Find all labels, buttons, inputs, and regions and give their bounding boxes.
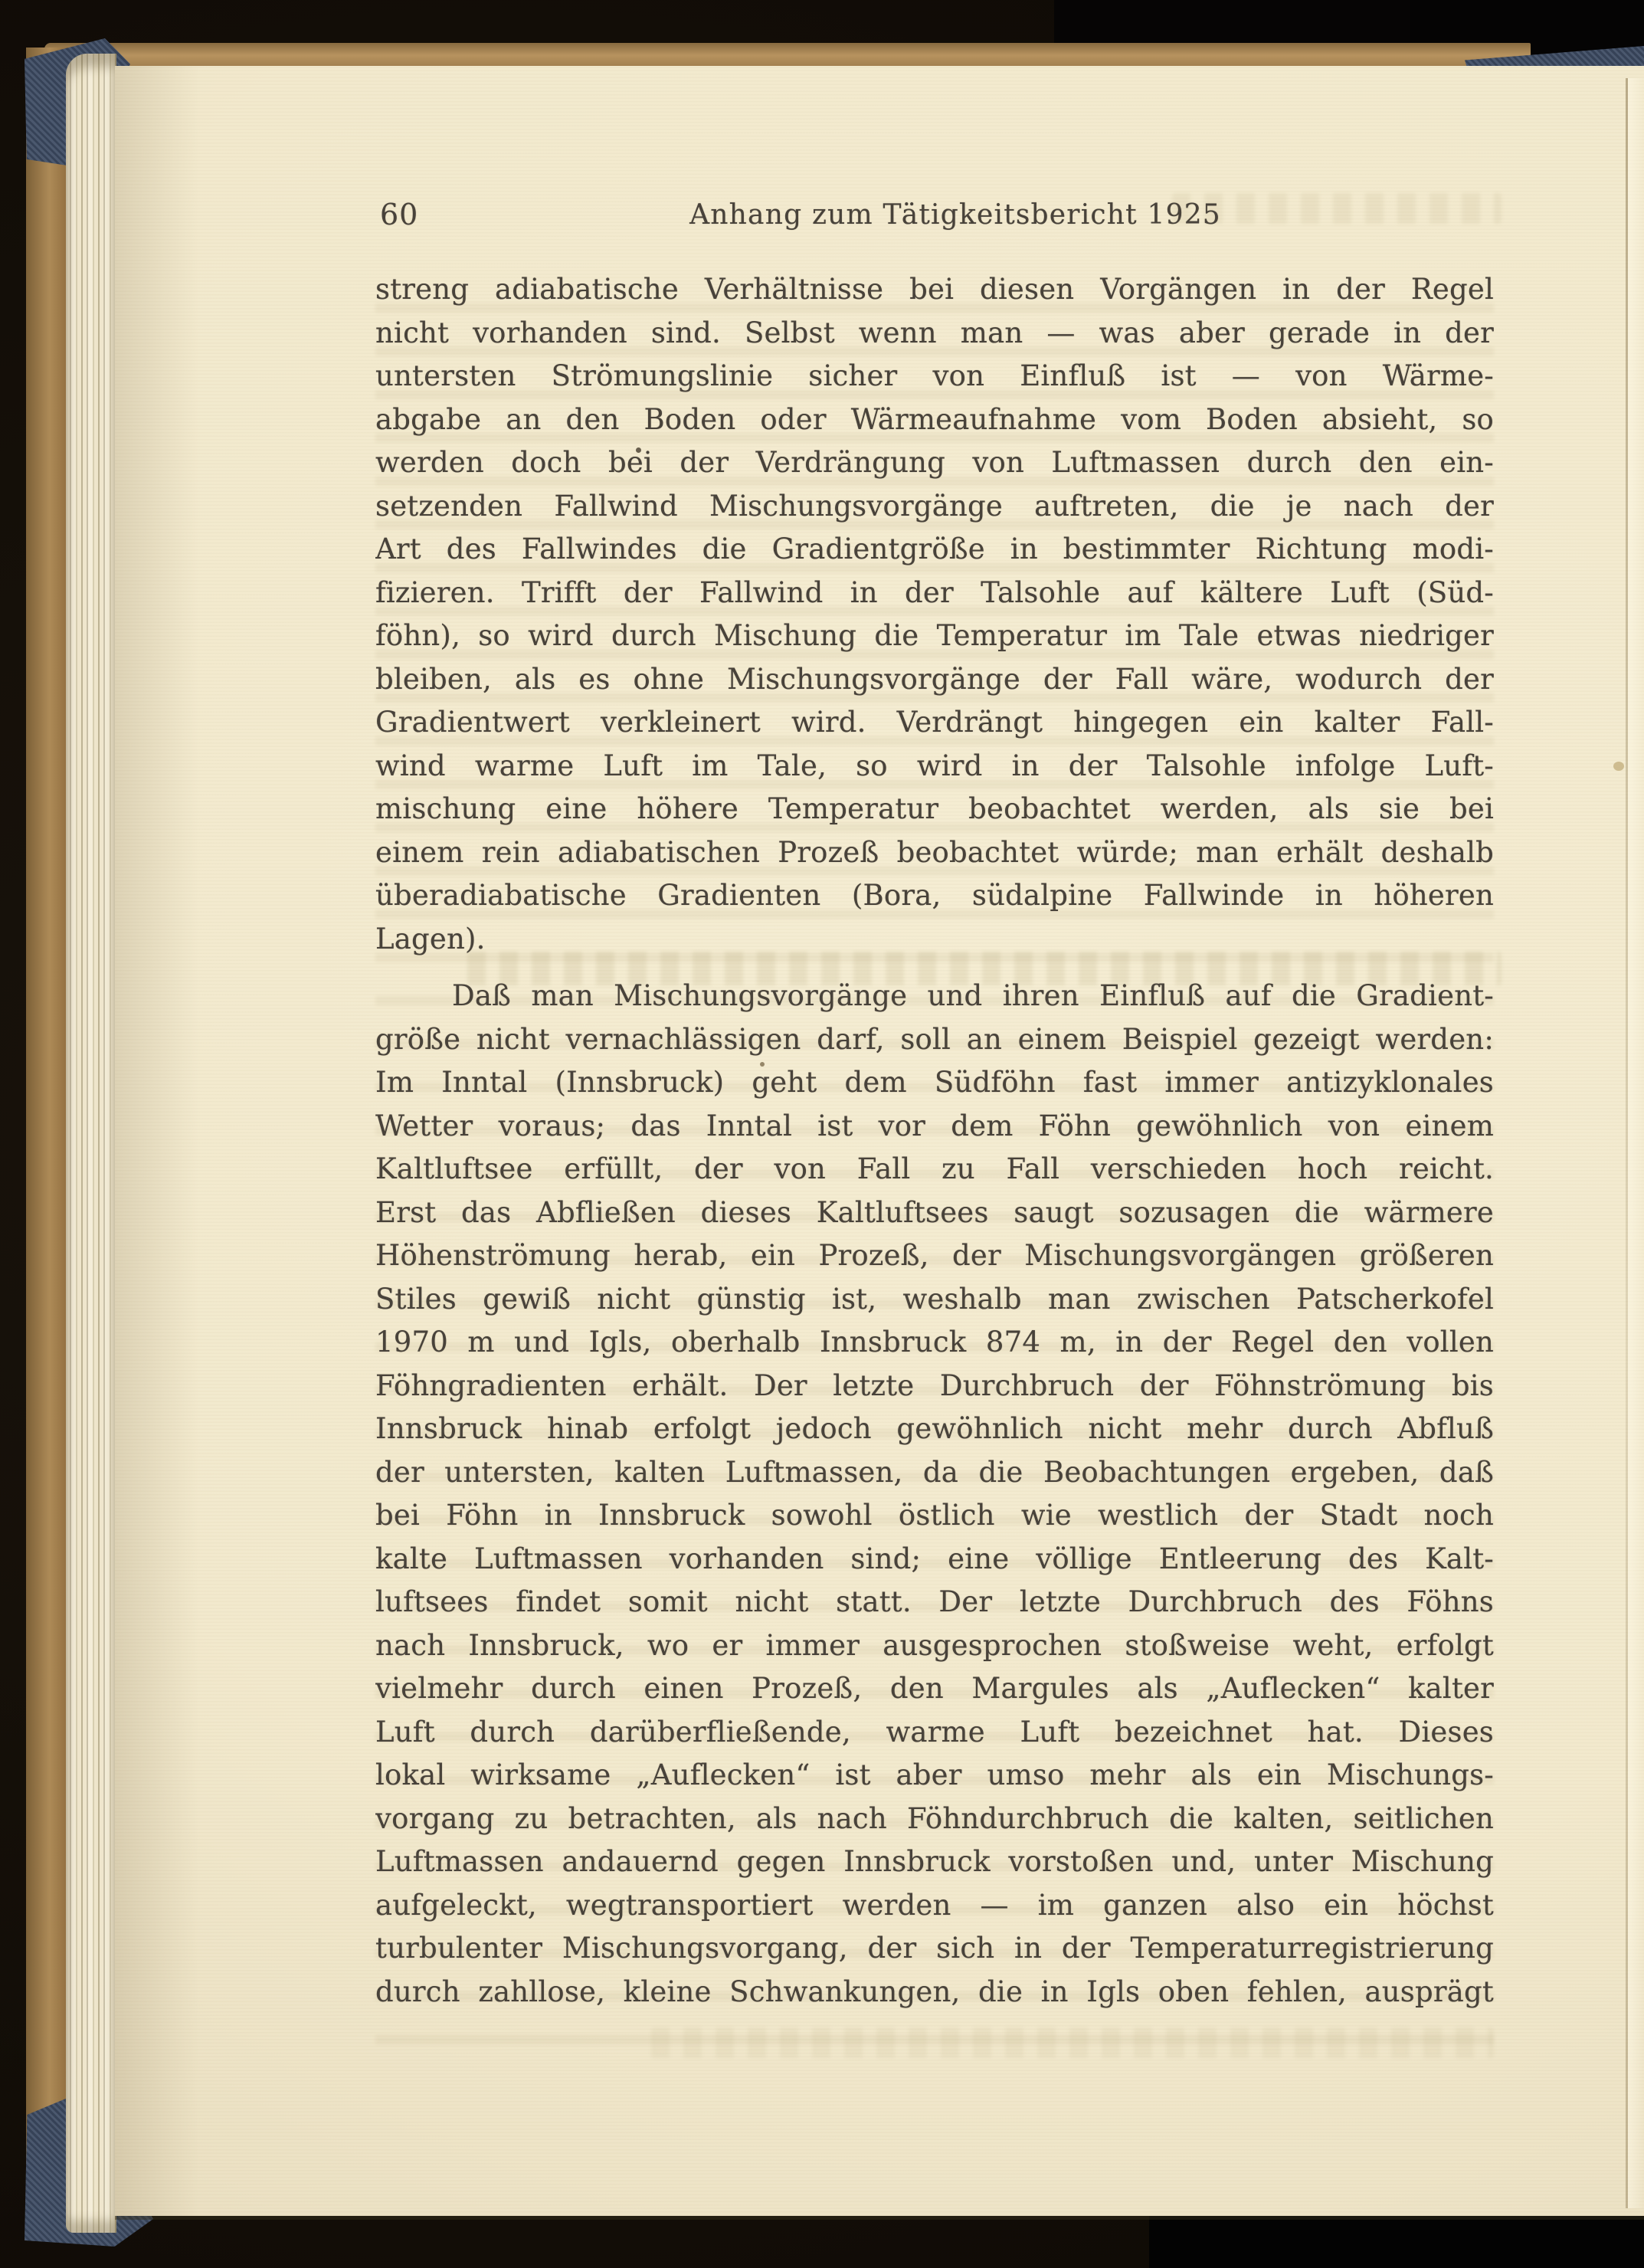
text-line: Wetter voraus; das Inntal ist vor dem Fö… xyxy=(375,1105,1494,1149)
text-line: vorgang zu betrachten, als nach Föhndurc… xyxy=(375,1798,1494,1841)
paper-speck xyxy=(1613,762,1624,771)
background-shadow-bottom-right xyxy=(1149,2207,1644,2268)
text-line: Daß man Mischungsvorgänge und ihren Einf… xyxy=(375,975,1494,1018)
text-line: Lagen). xyxy=(375,918,1494,962)
stacked-page-edges xyxy=(66,54,116,2233)
text-line: fizieren. Trifft der Fallwind in der Tal… xyxy=(375,572,1494,615)
text-line: streng adiabatische Verhältnisse bei die… xyxy=(375,268,1494,312)
text-line: Föhngradienten erhält. Der letzte Durchb… xyxy=(375,1365,1494,1408)
body-text: streng adiabatische Verhältnisse bei die… xyxy=(375,268,1494,2014)
text-line: Stiles gewiß nicht günstig ist, weshalb … xyxy=(375,1278,1494,1322)
text-line: durch zahllose, kleine Schwankungen, die… xyxy=(375,1971,1494,2014)
text-line: Art des Fallwindes die Gradientgröße in … xyxy=(375,528,1494,572)
text-line: werden doch bei der Verdrängung von Luft… xyxy=(375,441,1494,485)
text-line: untersten Strömungslinie sicher von Einf… xyxy=(375,355,1494,398)
text-line: föhn), so wird durch Mischung die Temper… xyxy=(375,615,1494,658)
text-line: mischung eine höhere Temperatur beobacht… xyxy=(375,788,1494,831)
text-line: überadiabatische Gradienten (Bora, südal… xyxy=(375,874,1494,918)
text-line: aufgeleckt, wegtransportiert werden — im… xyxy=(375,1884,1494,1928)
paragraph: Daß man Mischungsvorgänge und ihren Einf… xyxy=(375,975,1494,2014)
text-line: Höhenströmung herab, ein Prozeß, der Mis… xyxy=(375,1234,1494,1278)
text-line: lokal wirksame „Auflecken“ ist aber umso… xyxy=(375,1754,1494,1798)
text-line: nicht vorhanden sind. Selbst wenn man — … xyxy=(375,312,1494,356)
text-line: Erst das Abfließen dieses Kaltluftsees s… xyxy=(375,1191,1494,1235)
running-head: 60 Anhang zum Tätigkeitsbericht 1925 xyxy=(375,196,1494,231)
text-line: bleiben, als es ohne Mischungsvorgänge d… xyxy=(375,658,1494,702)
text-line: setzenden Fallwind Mischungsvorgänge auf… xyxy=(375,485,1494,529)
page-crease-highlight xyxy=(1628,78,1644,2208)
text-line: der untersten, kalten Luftmassen, da die… xyxy=(375,1451,1494,1495)
text-line: wind warme Luft im Tale, so wird in der … xyxy=(375,745,1494,788)
text-line: einem rein adiabatischen Prozeß beobacht… xyxy=(375,831,1494,875)
text-line: Innsbruck hinab erfolgt jedoch gewöhnlic… xyxy=(375,1408,1494,1451)
text-line: turbulenter Mischungsvorgang, der sich i… xyxy=(375,1927,1494,1971)
text-line: größe nicht vernachlässigen darf, soll a… xyxy=(375,1018,1494,1062)
text-line: Luftmassen andauernd gegen Innsbruck vor… xyxy=(375,1840,1494,1884)
text-line: luftsees findet somit nicht statt. Der l… xyxy=(375,1581,1494,1624)
text-line: Kaltluftsee erfüllt, der von Fall zu Fal… xyxy=(375,1148,1494,1191)
text-line: Im Inntal (Innsbruck) geht dem Südföhn f… xyxy=(375,1061,1494,1105)
text-line: vielmehr durch einen Prozeß, den Margule… xyxy=(375,1667,1494,1711)
show-through-ghosting xyxy=(651,2027,1494,2058)
text-line: Gradientwert verkleinert wird. Verdrängt… xyxy=(375,701,1494,745)
text-line: 1970 m und Igls, oberhalb Innsbruck 874 … xyxy=(375,1321,1494,1365)
text-line: bei Föhn in Innsbruck sowohl östlich wie… xyxy=(375,1494,1494,1538)
text-line: nach Innsbruck, wo er immer ausgesproche… xyxy=(375,1624,1494,1668)
book-page: 60 Anhang zum Tätigkeitsbericht 1925 str… xyxy=(115,66,1644,2216)
text-line: abgabe an den Boden oder Wärmeaufnahme v… xyxy=(375,398,1494,442)
paragraph: streng adiabatische Verhältnisse bei die… xyxy=(375,268,1494,961)
photographed-book-background: 60 Anhang zum Tätigkeitsbericht 1925 str… xyxy=(0,0,1644,2268)
text-line: kalte Luftmassen vorhanden sind; eine vö… xyxy=(375,1538,1494,1581)
text-line: Luft durch darüberfließende, warme Luft … xyxy=(375,1711,1494,1755)
running-header-title: Anhang zum Tätigkeitsbericht 1925 xyxy=(375,199,1494,231)
book-cover-left-edge xyxy=(26,48,69,2227)
